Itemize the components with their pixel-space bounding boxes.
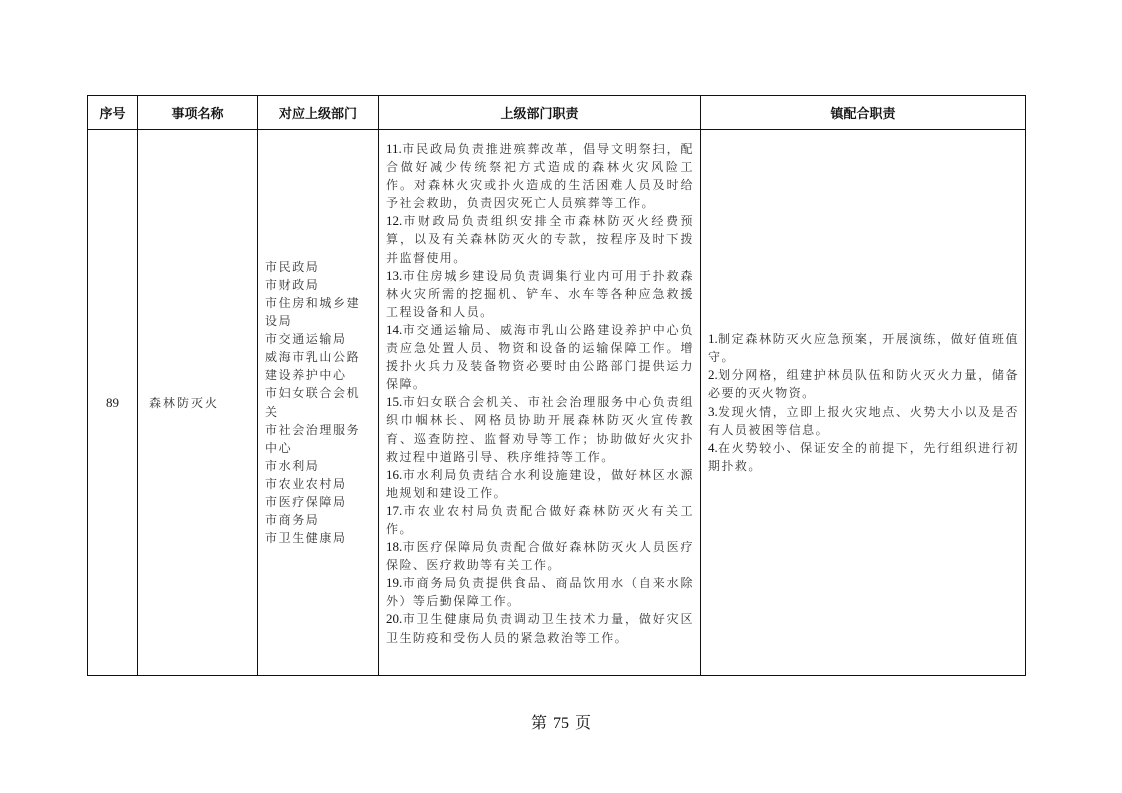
town-duty-item: 4.在火势较小、保证安全的前提下，先行组织进行初期扑救。 [708, 439, 1019, 475]
department-line: 市医疗保障局 [265, 493, 372, 511]
department-line: 市农业农村局 [265, 475, 372, 493]
department-line: 市卫生健康局 [265, 529, 372, 547]
department-line: 市交通运输局 [265, 330, 372, 348]
duty-item: 18.市医疗保障局负责配合做好森林防灭火人员医疗保险、医疗救助等有关工作。 [386, 538, 694, 574]
duty-item: 17.市农业农村局负责配合做好森林防灭火有关工作。 [386, 502, 694, 538]
department-line: 中心 [265, 439, 372, 457]
duty-item: 20.市卫生健康局负责调动卫生技术力量，做好灾区卫生防疫和受伤人员的紧急救治等工… [386, 610, 694, 646]
duty-item: 12.市财政局负责组织安排全市森林防灭火经费预算，以及有关森林防灭火的专款，按程… [386, 212, 694, 266]
department-line: 设局 [265, 312, 372, 330]
town-duty-item: 3.发现火情，立即上报火灾地点、火势大小以及是否有人员被困等信息。 [708, 403, 1019, 439]
row-superior-duties: 11.市民政局负责推进殡葬改革，倡导文明祭扫，配合做好减少传统祭祀方式造成的森林… [379, 130, 701, 676]
header-superior-department: 对应上级部门 [258, 96, 379, 130]
town-duty-item: 1.制定森林防灭火应急预案，开展演练，做好值班值守。 [708, 330, 1019, 366]
table-row: 89 森林防灭火 市民政局 市财政局 市住房和城乡建 设局 市交通运输局 威海市… [88, 130, 1026, 676]
header-item-name: 事项名称 [138, 96, 258, 130]
duty-item: 13.市住房城乡建设局负责调集行业内可用于扑救森林火灾所需的挖掘机、铲车、水车等… [386, 267, 694, 321]
department-line: 市妇女联合会机 [265, 384, 372, 402]
department-line: 市社会治理服务 [265, 421, 372, 439]
duty-item: 19.市商务局负责提供食品、商品饮用水（自来水除外）等后勤保障工作。 [386, 574, 694, 610]
header-superior-duties: 上级部门职责 [379, 96, 701, 130]
duty-item: 15.市妇女联合会机关、市社会治理服务中心负责组织巾帼林长、网格员协助开展森林防… [386, 393, 694, 465]
page-number: 75 [553, 715, 569, 732]
town-duty-item: 2.划分网格，组建护林员队伍和防火灭火力量，储备必要的灭火物资。 [708, 366, 1019, 402]
row-index: 89 [88, 130, 138, 676]
row-departments: 市民政局 市财政局 市住房和城乡建 设局 市交通运输局 威海市乳山公路 建设养护… [258, 130, 379, 676]
department-line: 威海市乳山公路 [265, 348, 372, 366]
duty-item: 16.市水利局负责结合水利设施建设，做好林区水源地规划和建设工作。 [386, 466, 694, 502]
header-index: 序号 [88, 96, 138, 130]
row-town-duties: 1.制定森林防灭火应急预案，开展演练，做好值班值守。 2.划分网格，组建护林员队… [701, 130, 1026, 676]
department-line: 市商务局 [265, 511, 372, 529]
department-line: 市水利局 [265, 457, 372, 475]
page-prefix: 第 [531, 713, 547, 732]
row-item-name: 森林防灭火 [138, 130, 258, 676]
responsibility-table: 序号 事项名称 对应上级部门 上级部门职责 镇配合职责 89 森林防灭火 市民政… [87, 95, 1026, 676]
department-line: 市住房和城乡建 [265, 294, 372, 312]
duty-item: 11.市民政局负责推进殡葬改革，倡导文明祭扫，配合做好减少传统祭祀方式造成的森林… [386, 140, 694, 212]
page-suffix: 页 [575, 713, 591, 732]
page-footer: 第75页 [0, 710, 1122, 733]
department-line: 市民政局 [265, 258, 372, 276]
department-line: 市财政局 [265, 276, 372, 294]
table-header-row: 序号 事项名称 对应上级部门 上级部门职责 镇配合职责 [88, 96, 1026, 130]
department-line: 建设养护中心 [265, 366, 372, 384]
header-town-duties: 镇配合职责 [701, 96, 1026, 130]
department-line: 关 [265, 403, 372, 421]
duty-item: 14.市交通运输局、威海市乳山公路建设养护中心负责应急处置人员、物资和设备的运输… [386, 321, 694, 393]
